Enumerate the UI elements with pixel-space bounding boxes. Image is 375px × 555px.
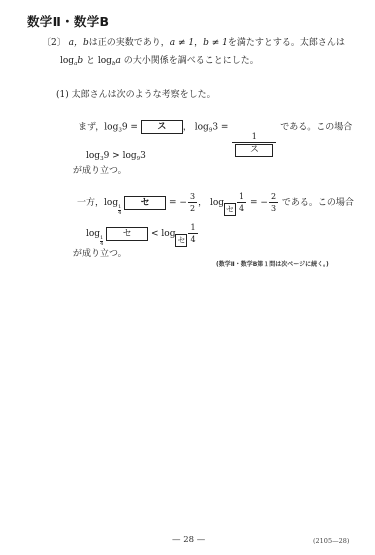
separator: ， bbox=[194, 38, 203, 48]
problem-number: 〔2〕 bbox=[42, 38, 66, 48]
problem-text: と bbox=[86, 56, 95, 66]
log-arg: 9 bbox=[104, 151, 110, 161]
log-arg: b bbox=[77, 56, 83, 66]
problem-line-2: logab と logba の大小関係を調べることにした。 bbox=[60, 56, 259, 70]
log-arg: a bbox=[115, 56, 120, 66]
answer-box-su-ref: ス bbox=[235, 144, 273, 157]
answer-box-se-base: セ bbox=[224, 203, 236, 216]
fraction: 14 bbox=[237, 192, 246, 213]
holds-text-2: が成り立つ。 bbox=[73, 249, 127, 260]
log-label: log bbox=[195, 123, 209, 133]
continuation-note: (数学Ⅱ・数学B第１問は次ページに続く。) bbox=[216, 259, 329, 268]
answer-box-se-ref: セ bbox=[106, 227, 148, 241]
page-number: — 28 — bbox=[172, 535, 205, 545]
log-label: log bbox=[86, 229, 100, 239]
log-label: log bbox=[123, 151, 137, 161]
log-label: log bbox=[210, 198, 224, 208]
fraction: 14 bbox=[188, 223, 197, 244]
part-label: (1) bbox=[56, 90, 69, 100]
answer-box-se-base: セ bbox=[175, 234, 187, 247]
log-base-fraction: 14 bbox=[118, 205, 121, 216]
fraction: 23 bbox=[269, 192, 278, 213]
separator: ， bbox=[183, 123, 192, 133]
answer-box-su[interactable]: ス bbox=[141, 120, 183, 134]
log-arg: 3 bbox=[140, 151, 146, 161]
log-arg: 3 = bbox=[212, 123, 228, 133]
log-label: log bbox=[161, 229, 175, 239]
condition-b: b ≠ 1 bbox=[203, 38, 228, 48]
problem-line-1: 〔2〕 a，bは正の実数であり，a ≠ 1，b ≠ 1を満たすとする。太郎さんは bbox=[42, 38, 345, 49]
log-arg: 9 = bbox=[122, 123, 138, 133]
problem-text: の大小関係を調べることにした。 bbox=[124, 56, 259, 66]
operator: > bbox=[112, 151, 120, 161]
problem-text: を満たすとする。太郎さんは bbox=[228, 38, 345, 48]
answer-box-se[interactable]: セ bbox=[124, 196, 166, 210]
fraction-numerator: 1 bbox=[250, 132, 259, 141]
separator: ， bbox=[198, 198, 207, 208]
step-prefix: 一方， bbox=[77, 198, 104, 208]
step-prefix: まず， bbox=[78, 123, 104, 133]
step-suffix: である。この場合 bbox=[280, 123, 352, 133]
operator: < bbox=[151, 229, 159, 239]
condition-a: a ≠ 1 bbox=[170, 38, 194, 48]
log-label: log bbox=[86, 151, 100, 161]
log-label: log bbox=[104, 123, 118, 133]
variables: a，b bbox=[69, 38, 89, 48]
log-base-fraction: 14 bbox=[100, 236, 103, 247]
step-suffix: である。この場合 bbox=[282, 198, 354, 208]
step-2-line: 一方，log14 セ = −32， logセ14 = −23 である。この場合 bbox=[77, 192, 354, 216]
exam-code: (2105—28) bbox=[313, 537, 349, 545]
fraction: 32 bbox=[188, 192, 197, 213]
inequality-1: log39 > log93 bbox=[86, 151, 146, 165]
part-intro-text: 太郎さんは次のような考察をした。 bbox=[72, 90, 216, 100]
inequality-2: log14 セ < logセ14 bbox=[86, 223, 199, 247]
equals: = − bbox=[169, 198, 187, 208]
equals: = − bbox=[250, 198, 268, 208]
fraction: 1 ス bbox=[232, 132, 276, 157]
part-1-intro: (1) 太郎さんは次のような考察をした。 bbox=[56, 90, 216, 101]
problem-text: は正の実数であり， bbox=[89, 38, 170, 48]
page-title: 数学Ⅱ・数学B bbox=[27, 12, 109, 30]
log-label: log bbox=[104, 198, 118, 208]
holds-text-1: が成り立つ。 bbox=[73, 166, 127, 177]
